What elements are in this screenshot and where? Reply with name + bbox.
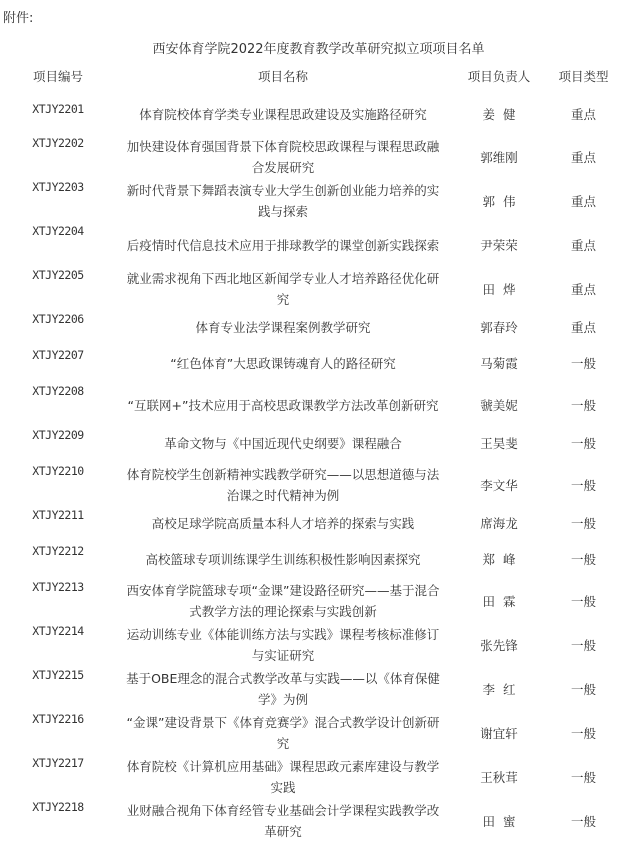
project-type: 重点 [548, 280, 619, 298]
table-row: XTJY2209革命文物与《中国近现代史纲要》课程融合王昊斐一般 [0, 428, 619, 458]
table-row: XTJY2205就业需求视角下西北地区新闻学专业人才培养路径优化研究田 烨重点 [0, 268, 619, 310]
project-type: 一般 [548, 812, 619, 830]
document-title: 西安体育学院2022年度教育教学改革研究拟立项项目名单 [0, 38, 619, 57]
project-name: 体育院校《计算机应用基础》课程思政元素库建设与教学实践 [116, 756, 450, 798]
table-row: XTJY2213西安体育学院篮球专项“金课”建设路径研究——基于混合式教学方法的… [0, 580, 619, 622]
project-code: XTJY2203 [0, 180, 116, 194]
header-lead: 项目负责人 [450, 67, 548, 85]
table-row: XTJY2212高校篮球专项训练课学生训练积极性影响因素探究郑 峰一般 [0, 544, 619, 574]
project-lead: 席海龙 [450, 514, 548, 532]
project-name: 高校篮球专项训练课学生训练积极性影响因素探究 [116, 549, 450, 570]
project-name: 就业需求视角下西北地区新闻学专业人才培养路径优化研究 [116, 268, 450, 310]
table-row: XTJY2211高校足球学院高质量本科人才培养的探索与实践席海龙一般 [0, 508, 619, 538]
project-lead: 郑 峰 [450, 550, 548, 568]
project-lead: 王秋茸 [450, 768, 548, 786]
project-type: 一般 [548, 550, 619, 568]
project-lead: 尹荣荣 [450, 236, 548, 254]
project-type: 重点 [548, 148, 619, 166]
table-row: XTJY2201体育院校体育学类专业课程思政建设及实施路径研究姜 健重点 [0, 102, 619, 126]
project-lead: 张先锋 [450, 636, 548, 654]
project-name: “互联网+”技术应用于高校思政课教学方法改革创新研究 [116, 395, 450, 416]
project-name: 新时代背景下舞蹈表演专业大学生创新创业能力培养的实践与探索 [116, 180, 450, 222]
project-name: 业财融合视角下体育经管专业基础会计学课程实践教学改革研究 [116, 800, 450, 842]
project-name: 体育院校体育学类专业课程思政建设及实施路径研究 [116, 104, 450, 125]
project-type: 一般 [548, 434, 619, 452]
project-code: XTJY2214 [0, 624, 116, 638]
project-code: XTJY2218 [0, 800, 116, 814]
project-lead: 李 红 [450, 680, 548, 698]
table-row: XTJY2204后疫情时代信息技术应用于排球教学的课堂创新实践探索尹荣荣重点 [0, 224, 619, 266]
project-table: 项目编号 项目名称 项目负责人 项目类型 XTJY2201体育院校体育学类专业课… [0, 64, 619, 88]
project-code: XTJY2204 [0, 224, 116, 238]
project-code: XTJY2205 [0, 268, 116, 282]
project-lead: 马菊霞 [450, 354, 548, 372]
project-name: “红色体育”大思政课铸魂育人的路径研究 [116, 353, 450, 374]
project-code: XTJY2206 [0, 312, 116, 326]
project-type: 一般 [548, 476, 619, 494]
project-name: 西安体育学院篮球专项“金课”建设路径研究——基于混合式教学方法的理论探索与实践创… [116, 580, 450, 622]
project-type: 一般 [548, 514, 619, 532]
project-name: 后疫情时代信息技术应用于排球教学的课堂创新实践探索 [116, 235, 450, 256]
project-type: 重点 [548, 105, 619, 123]
project-code: XTJY2209 [0, 428, 116, 442]
table-row: XTJY2210体育院校学生创新精神实践教学研究——以思想道德与法治课之时代精神… [0, 464, 619, 506]
project-lead: 田 蜜 [450, 812, 548, 830]
project-name: 体育专业法学课程案例教学研究 [116, 317, 450, 338]
table-row: XTJY2214运动训练专业《体能训练方法与实践》课程考核标准修订与实证研究张先… [0, 624, 619, 666]
table-row: XTJY2217体育院校《计算机应用基础》课程思政元素库建设与教学实践王秋茸一般 [0, 756, 619, 798]
project-code: XTJY2216 [0, 712, 116, 726]
project-lead: 王昊斐 [450, 434, 548, 452]
table-row: XTJY2207“红色体育”大思政课铸魂育人的路径研究马菊霞一般 [0, 348, 619, 378]
project-lead: 郭春玲 [450, 318, 548, 336]
project-type: 一般 [548, 636, 619, 654]
table-row: XTJY2206体育专业法学课程案例教学研究郭春玲重点 [0, 312, 619, 342]
project-code: XTJY2212 [0, 544, 116, 558]
project-lead: 田 霖 [450, 592, 548, 610]
project-code: XTJY2217 [0, 756, 116, 770]
project-type: 一般 [548, 592, 619, 610]
table-row: XTJY2218业财融合视角下体育经管专业基础会计学课程实践教学改革研究田 蜜一… [0, 800, 619, 842]
project-type: 一般 [548, 354, 619, 372]
project-type: 重点 [548, 236, 619, 254]
project-name: 基于OBE理念的混合式教学改革与实践——以《体育保健学》为例 [116, 668, 450, 710]
header-type: 项目类型 [548, 67, 619, 85]
project-type: 一般 [548, 680, 619, 698]
table-row: XTJY2203新时代背景下舞蹈表演专业大学生创新创业能力培养的实践与探索郭 伟… [0, 180, 619, 222]
project-lead: 田 烨 [450, 280, 548, 298]
table-row: XTJY2215基于OBE理念的混合式教学改革与实践——以《体育保健学》为例李 … [0, 668, 619, 710]
project-lead: 姜 健 [450, 105, 548, 123]
project-type: 重点 [548, 192, 619, 210]
project-name: “金课”建设背景下《体育竞赛学》混合式教学设计创新研究 [116, 712, 450, 754]
project-code: XTJY2208 [0, 384, 116, 398]
project-lead: 谢宜轩 [450, 724, 548, 742]
header-code: 项目编号 [0, 67, 116, 85]
project-code: XTJY2210 [0, 464, 116, 478]
project-code: XTJY2215 [0, 668, 116, 682]
table-row: XTJY2208“互联网+”技术应用于高校思政课教学方法改革创新研究虢美妮一般 [0, 384, 619, 426]
project-lead: 郭 伟 [450, 192, 548, 210]
header-name: 项目名称 [116, 67, 450, 85]
project-name: 体育院校学生创新精神实践教学研究——以思想道德与法治课之时代精神为例 [116, 464, 450, 506]
project-type: 一般 [548, 396, 619, 414]
project-name: 高校足球学院高质量本科人才培养的探索与实践 [116, 513, 450, 534]
project-name: 革命文物与《中国近现代史纲要》课程融合 [116, 433, 450, 454]
table-header: 项目编号 项目名称 项目负责人 项目类型 [0, 64, 619, 88]
project-name: 加快建设体育强国背景下体育院校思政课程与课程思政融合发展研究 [116, 136, 450, 178]
attachment-label: 附件: [3, 7, 33, 26]
project-code: XTJY2201 [0, 102, 116, 116]
project-type: 一般 [548, 768, 619, 786]
project-code: XTJY2211 [0, 508, 116, 522]
project-code: XTJY2213 [0, 580, 116, 594]
project-code: XTJY2207 [0, 348, 116, 362]
project-lead: 李文华 [450, 476, 548, 494]
project-lead: 郭维刚 [450, 148, 548, 166]
project-name: 运动训练专业《体能训练方法与实践》课程考核标准修订与实证研究 [116, 624, 450, 666]
project-lead: 虢美妮 [450, 396, 548, 414]
table-row: XTJY2202加快建设体育强国背景下体育院校思政课程与课程思政融合发展研究郭维… [0, 136, 619, 178]
project-type: 一般 [548, 724, 619, 742]
project-code: XTJY2202 [0, 136, 116, 150]
table-row: XTJY2216“金课”建设背景下《体育竞赛学》混合式教学设计创新研究谢宜轩一般 [0, 712, 619, 754]
project-type: 重点 [548, 318, 619, 336]
